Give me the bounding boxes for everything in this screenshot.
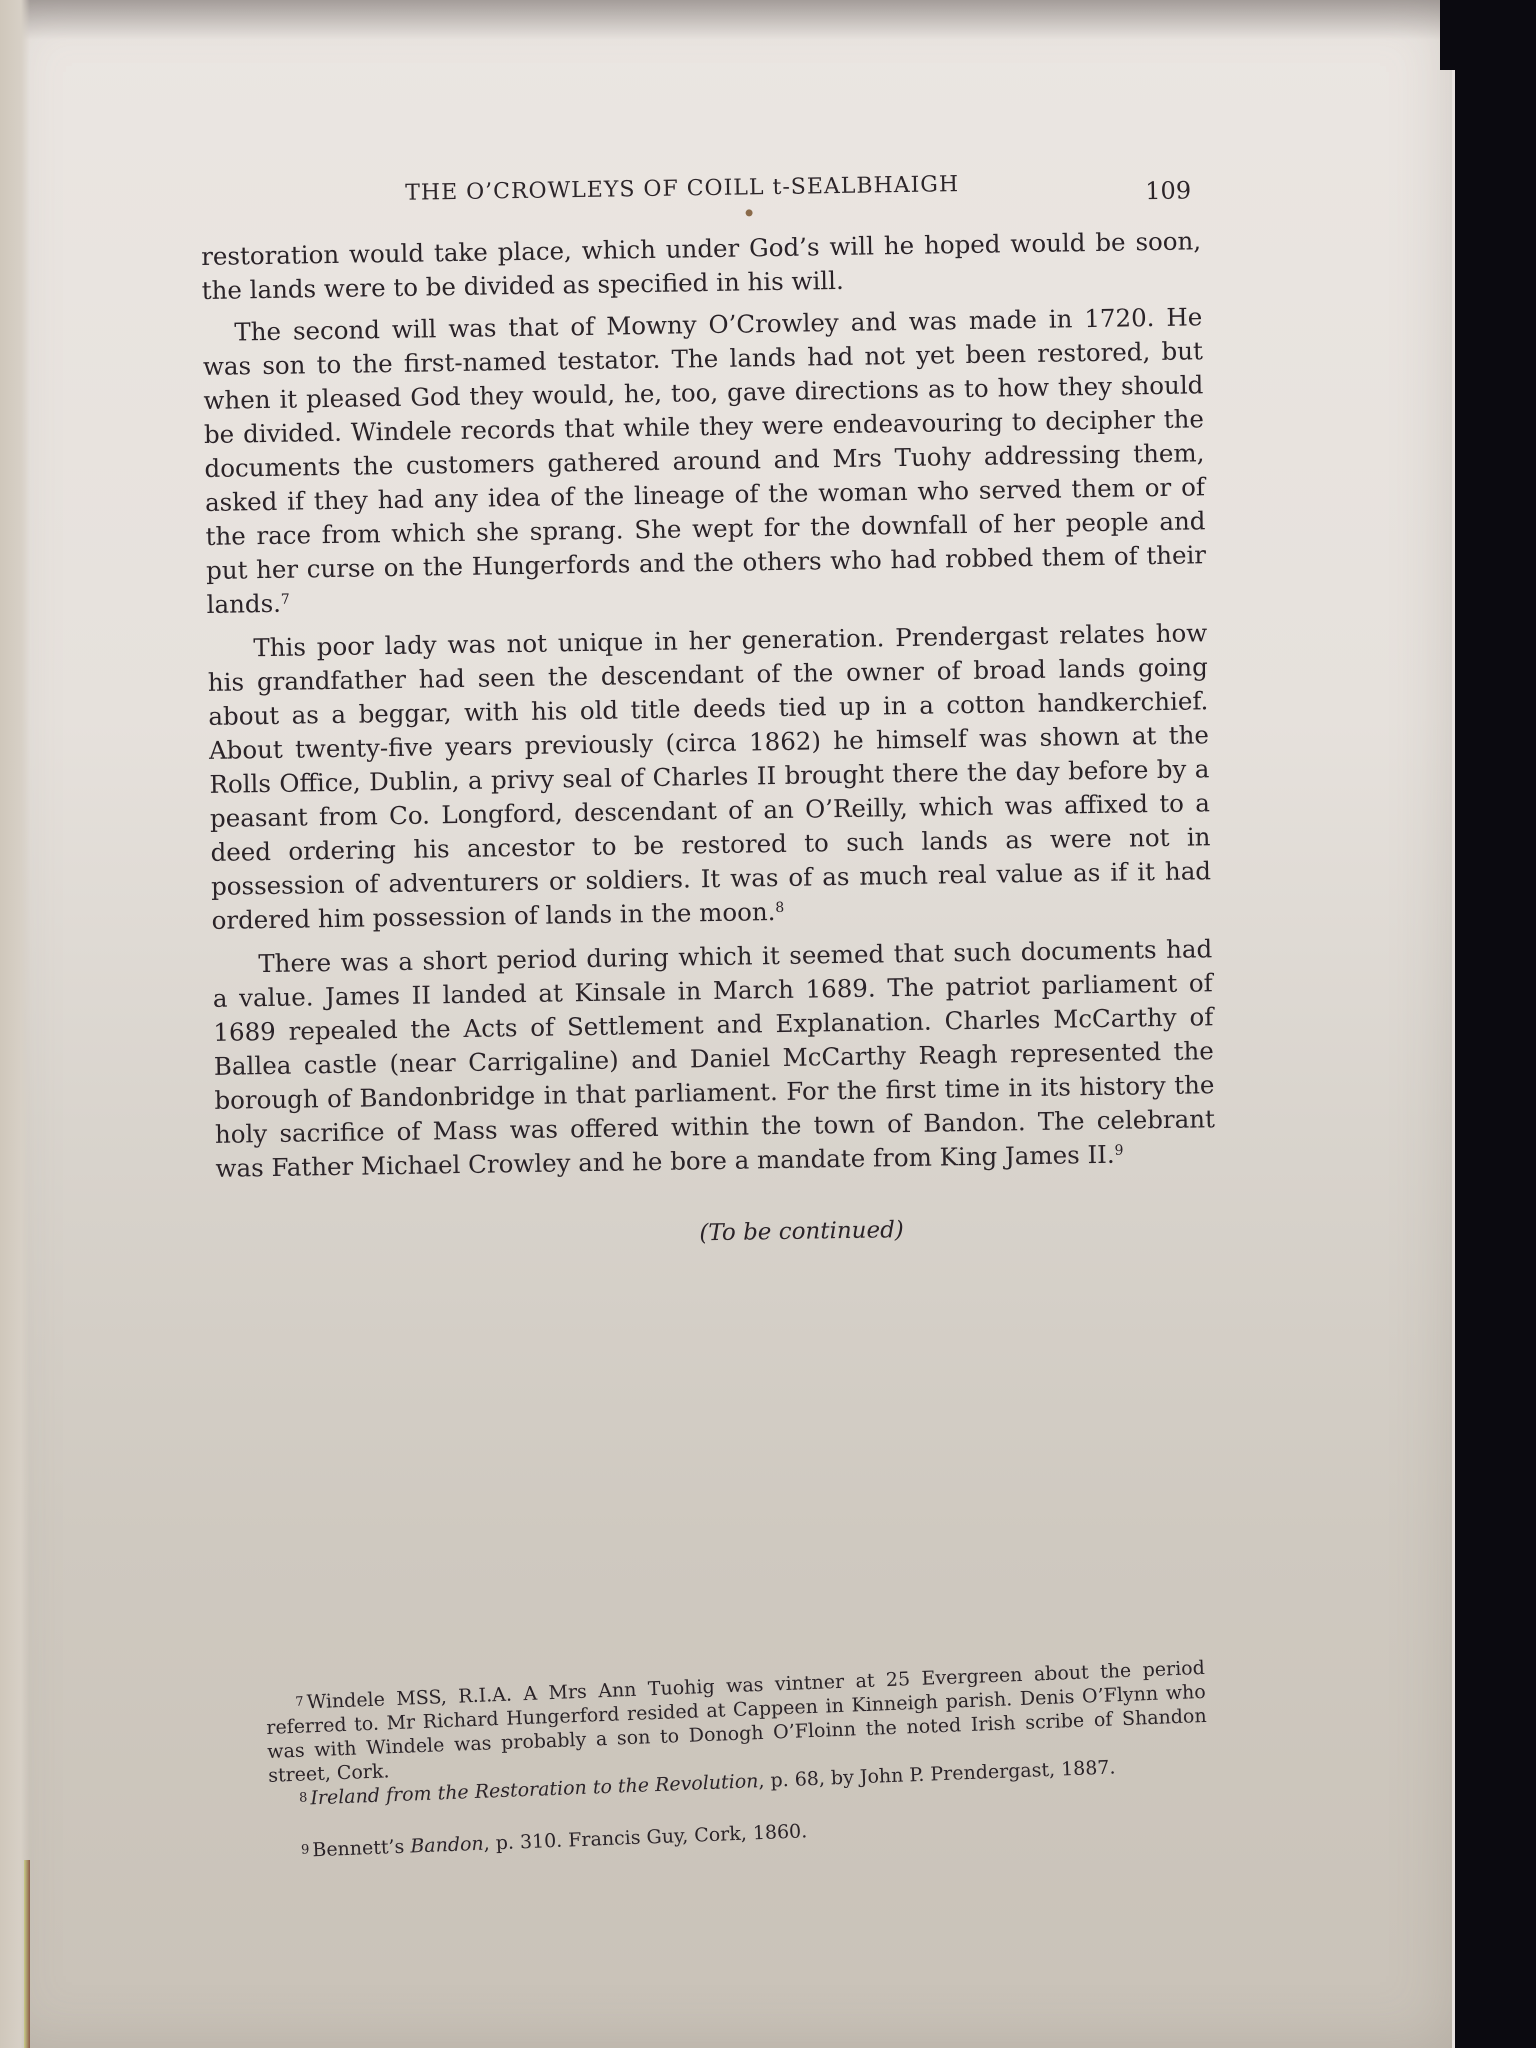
body-text: restoration would take place, which unde…	[201, 224, 1217, 1254]
cited-title: Bandon	[410, 1833, 484, 1858]
footnote-ref-9[interactable]: 9	[1114, 1143, 1123, 1159]
footnote-number: 9	[301, 1842, 310, 1857]
page-left-edge	[0, 0, 30, 2048]
footnote-number: 8	[299, 1790, 308, 1805]
scanned-book-page-scene: THE O’CROWLEYS OF COILL t-SEALBHAIGH 109…	[0, 0, 1536, 2048]
page-top-shadow	[0, 0, 1452, 40]
paragraph-4: There was a short period during which it…	[212, 932, 1216, 1186]
paragraph-3: This poor lady was not unique in her gen…	[207, 616, 1212, 938]
page-edge-crease	[24, 1860, 30, 2048]
dark-background	[1440, 0, 1536, 70]
running-title: THE O’CROWLEYS OF COILL t-SEALBHAIGH	[405, 172, 959, 206]
page-content: THE O’CROWLEYS OF COILL t-SEALBHAIGH 109…	[200, 164, 1217, 1254]
footnotes: 7Windele MSS, R.I.A. A Mrs Ann Tuohig wa…	[265, 1656, 1211, 1864]
footnote-9: 9Bennett’s Bandon, p. 310. Francis Guy, …	[271, 1804, 1211, 1864]
paragraph-2: The second will was that of Mowny O’Crow…	[202, 300, 1207, 622]
to-be-continued: (To be continued)	[216, 1212, 1216, 1254]
footnote-ref-7[interactable]: 7	[281, 592, 290, 608]
footnote-ref-8[interactable]: 8	[775, 900, 784, 916]
page-number: 109	[1145, 176, 1191, 205]
book-page: THE O’CROWLEYS OF COILL t-SEALBHAIGH 109…	[0, 0, 1455, 2048]
ink-spot	[746, 209, 753, 216]
footnote-number: 7	[295, 1695, 304, 1710]
